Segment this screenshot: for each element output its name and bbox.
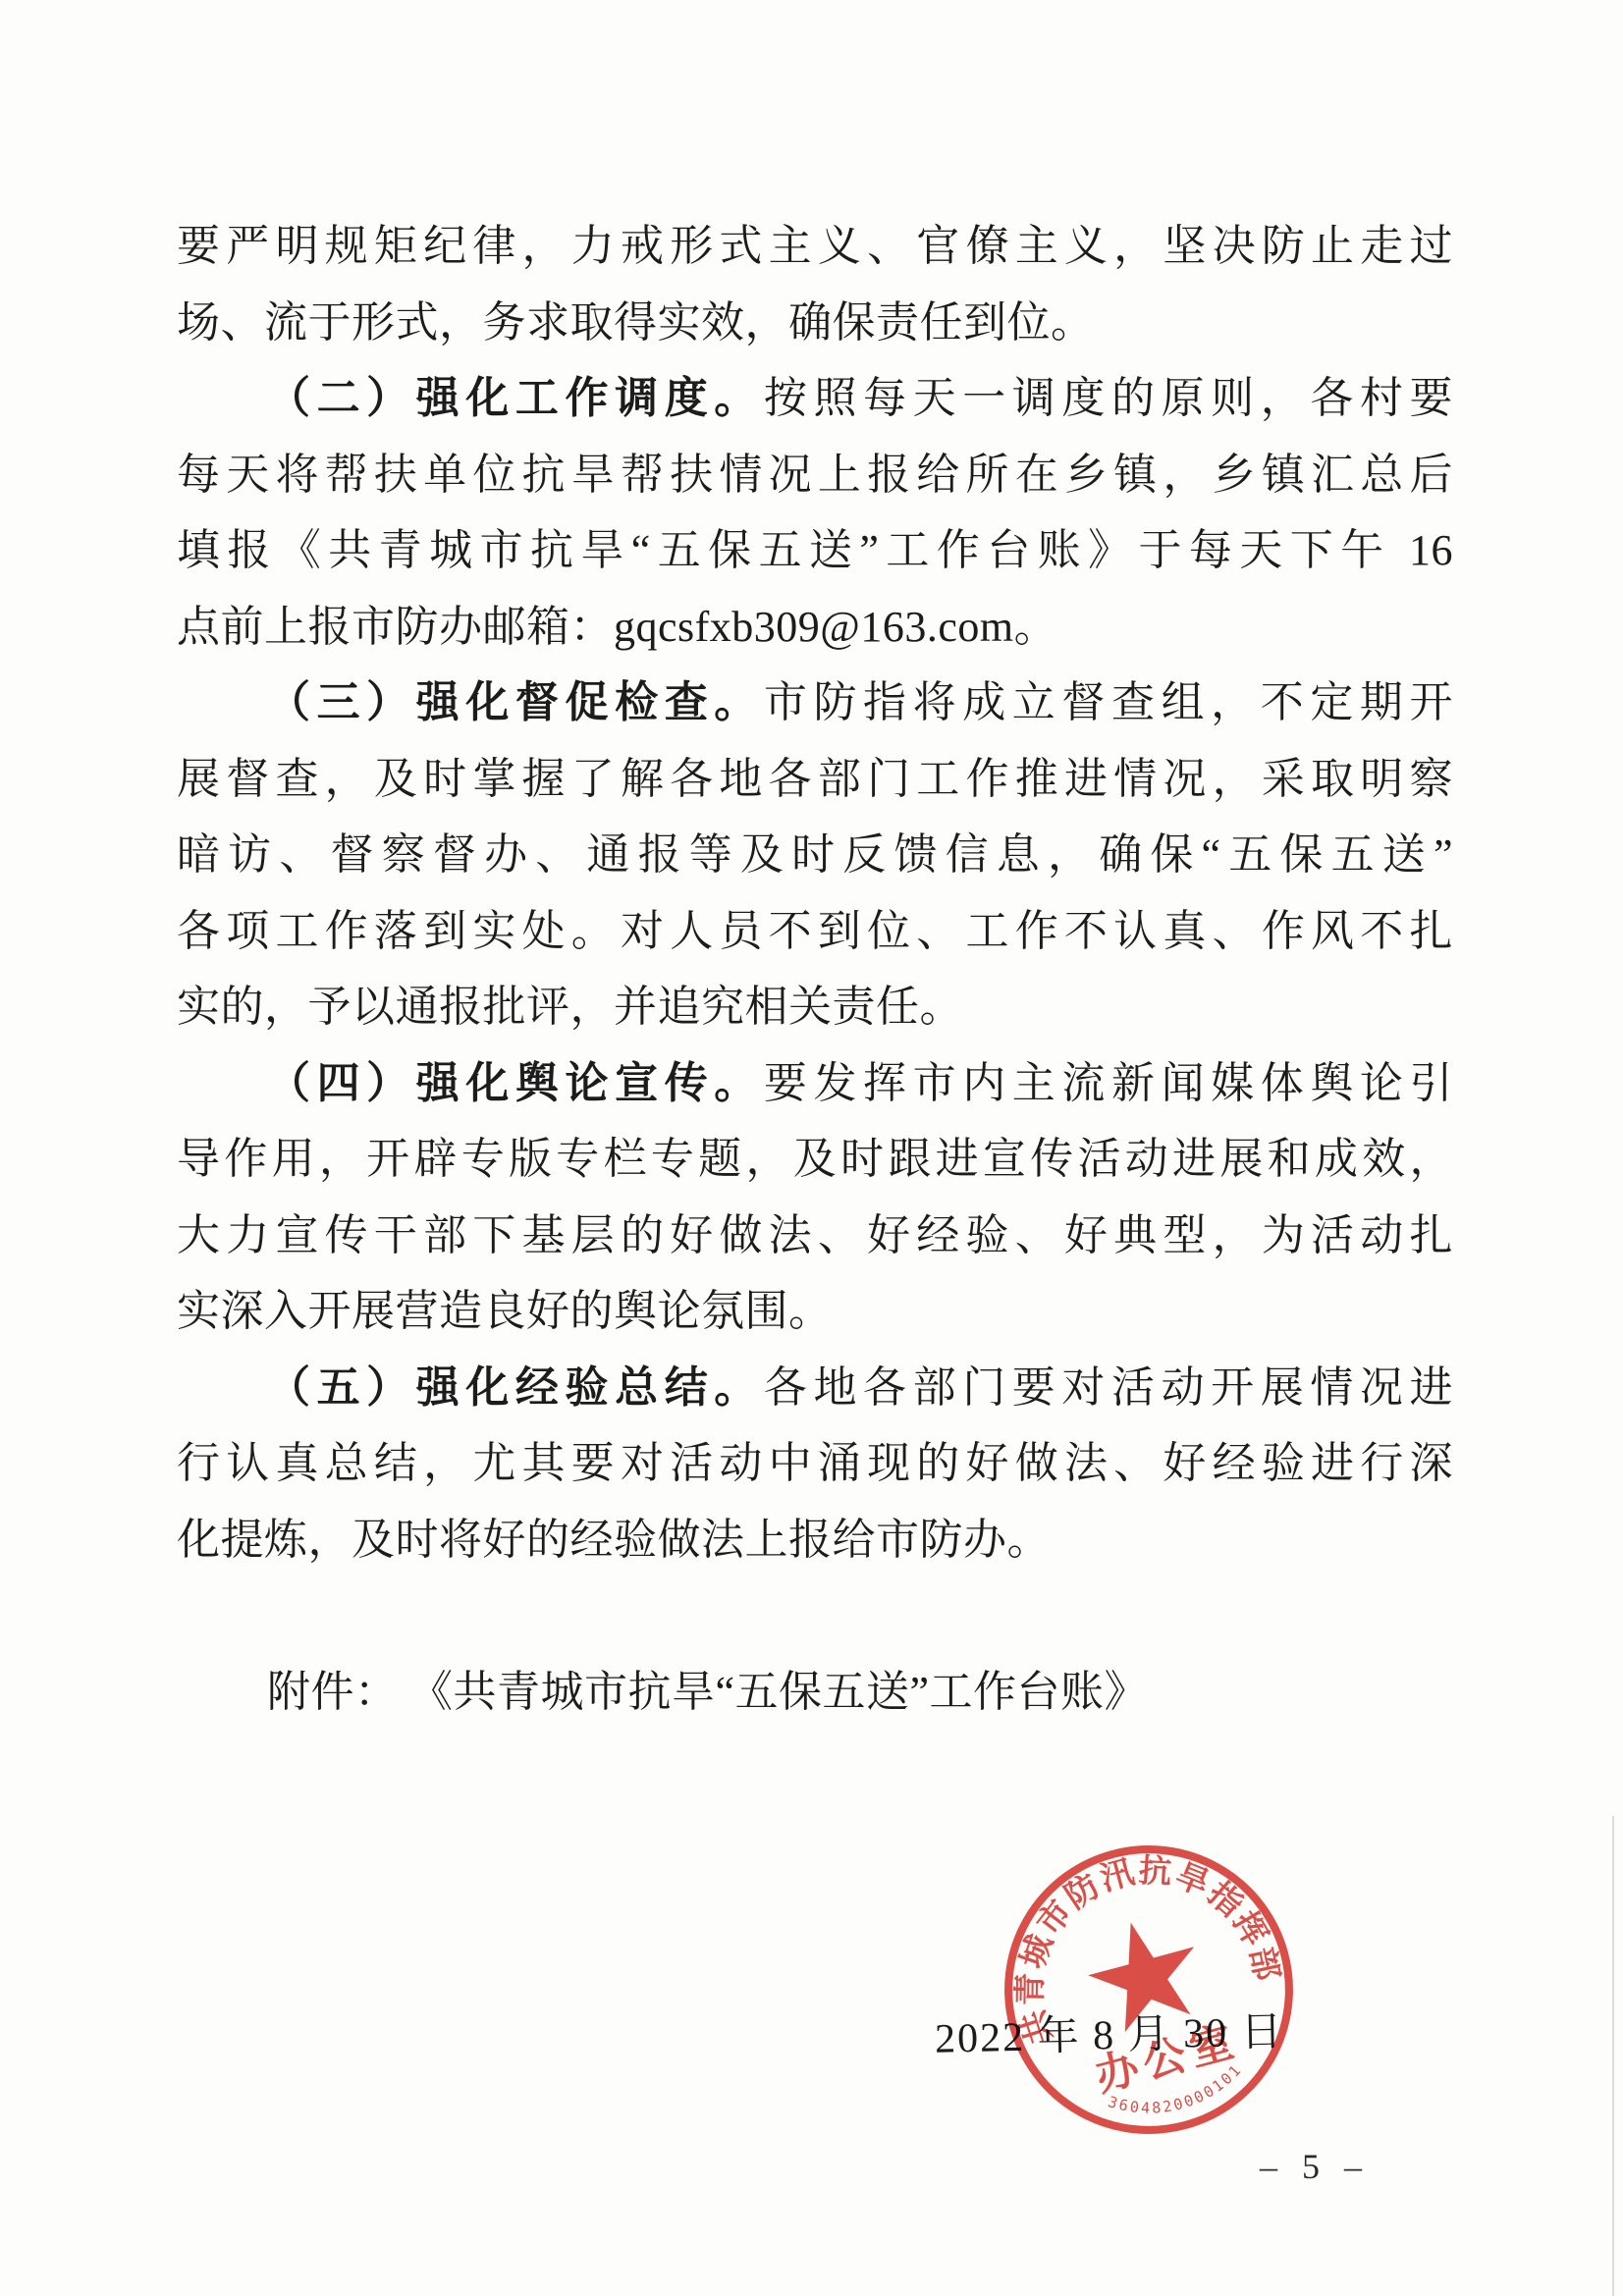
text-line: 实深入开展营造良好的舆论氛围。 <box>177 1273 1453 1350</box>
line-text: 暗访、督察督办、通报等及时反馈信息，确保“五保五送” <box>177 830 1453 879</box>
line-text: 市防指将成立督查组，不定期开 <box>764 678 1453 726</box>
text-line: 实的，予以通报批评，并追究相关责任。 <box>177 969 1453 1045</box>
line-text: 展督查，及时掌握了解各地各部门工作推进情况，采取明察 <box>177 755 1453 803</box>
text-line: 点前上报市防办邮箱：gqcsfxb309@163.com。 <box>177 589 1453 666</box>
line-text: 各项工作落到实处。对人员不到位、工作不认真、作风不扎 <box>177 907 1453 955</box>
line-text: 每天将帮扶单位抗旱帮扶情况上报给所在乡镇，乡镇汇总后 <box>177 451 1453 499</box>
text-line: 化提炼，及时将好的经验做法上报给市防办。 <box>177 1502 1453 1578</box>
blank-line <box>177 1577 1453 1654</box>
document-page: 要严明规矩纪律，力戒形式主义、官僚主义，坚决防止走过 场、流于形式，务求取得实效… <box>0 0 1623 2296</box>
line-bold-text: （五）强化经验总结。 <box>267 1363 764 1412</box>
line-text: 填报《共青城市抗旱“五保五送”工作台账》于每天下午 16 <box>177 526 1453 574</box>
document-body: 要严明规矩纪律，力戒形式主义、官僚主义，坚决防止走过 场、流于形式，务求取得实效… <box>177 208 1453 1730</box>
text-line: 展督查，及时掌握了解各地各部门工作推进情况，采取明察 <box>177 741 1453 818</box>
line-text: 附件： 《共青城市抗旱“五保五送”工作台账》 <box>267 1668 1148 1716</box>
text-line: （五）强化经验总结。各地各部门要对活动开展情况进 <box>177 1350 1453 1426</box>
scan-edge-artifact <box>1612 1816 1614 2296</box>
text-line: 暗访、督察督办、通报等及时反馈信息，确保“五保五送” <box>177 817 1453 893</box>
line-text: 实的，予以通报批评，并追究相关责任。 <box>177 983 963 1031</box>
line-text: 按照每天一调度的原则，各村要 <box>764 374 1453 422</box>
line-text: 场、流于形式，务求取得实效，确保责任到位。 <box>177 298 1095 347</box>
text-line: 填报《共青城市抗旱“五保五送”工作台账》于每天下午 16 <box>177 512 1453 589</box>
line-text: 要发挥市内主流新闻媒体舆论引 <box>764 1059 1453 1107</box>
text-line: 每天将帮扶单位抗旱帮扶情况上报给所在乡镇，乡镇汇总后 <box>177 437 1453 513</box>
line-bold-text: （二）强化工作调度。 <box>267 374 764 422</box>
page-number: – 5 – <box>1260 2146 1370 2187</box>
text-line: （三）强化督促检查。市防指将成立督查组，不定期开 <box>177 665 1453 741</box>
line-bold-text: （四）强化舆论宣传。 <box>267 1059 764 1107</box>
text-line: 行认真总结，尤其要对活动中涌现的好做法、好经验进行深 <box>177 1425 1453 1502</box>
text-line: （四）强化舆论宣传。要发挥市内主流新闻媒体舆论引 <box>177 1045 1453 1122</box>
line-text: 点前上报市防办邮箱：gqcsfxb309@163.com。 <box>177 603 1057 651</box>
text-line: 大力宣传干部下基层的好做法、好经验、好典型，为活动扎 <box>177 1198 1453 1274</box>
line-text: 要严明规矩纪律，力戒形式主义、官僚主义，坚决防止走过 <box>177 222 1453 270</box>
line-bold-text: （三）强化督促检查。 <box>267 678 764 726</box>
attachment-line: 附件： 《共青城市抗旱“五保五送”工作台账》 <box>177 1654 1453 1731</box>
line-text: 大力宣传干部下基层的好做法、好经验、好典型，为活动扎 <box>177 1211 1453 1259</box>
text-line: 场、流于形式，务求取得实效，确保责任到位。 <box>177 285 1453 361</box>
line-text: 化提炼，及时将好的经验做法上报给市防办。 <box>177 1516 1051 1564</box>
line-text: 各地各部门要对活动开展情况进 <box>764 1363 1453 1412</box>
text-line: 要严明规矩纪律，力戒形式主义、官僚主义，坚决防止走过 <box>177 208 1453 285</box>
seal-star-icon <box>1078 1908 1212 2038</box>
text-line: 各项工作落到实处。对人员不到位、工作不认真、作风不扎 <box>177 893 1453 970</box>
line-text: 实深入开展营造良好的舆论氛围。 <box>177 1287 833 1335</box>
text-line: （二）强化工作调度。按照每天一调度的原则，各村要 <box>177 360 1453 437</box>
line-text: 导作用，开辟专版专栏专题，及时跟进宣传活动进展和成效， <box>177 1135 1453 1183</box>
text-line: 导作用，开辟专版专栏专题，及时跟进宣传活动进展和成效， <box>177 1121 1453 1198</box>
official-seal: 共青城市防汛抗旱指挥部 办公室 3604820000101 <box>1000 1841 1298 2139</box>
line-text: 行认真总结，尤其要对活动中涌现的好做法、好经验进行深 <box>177 1439 1453 1487</box>
